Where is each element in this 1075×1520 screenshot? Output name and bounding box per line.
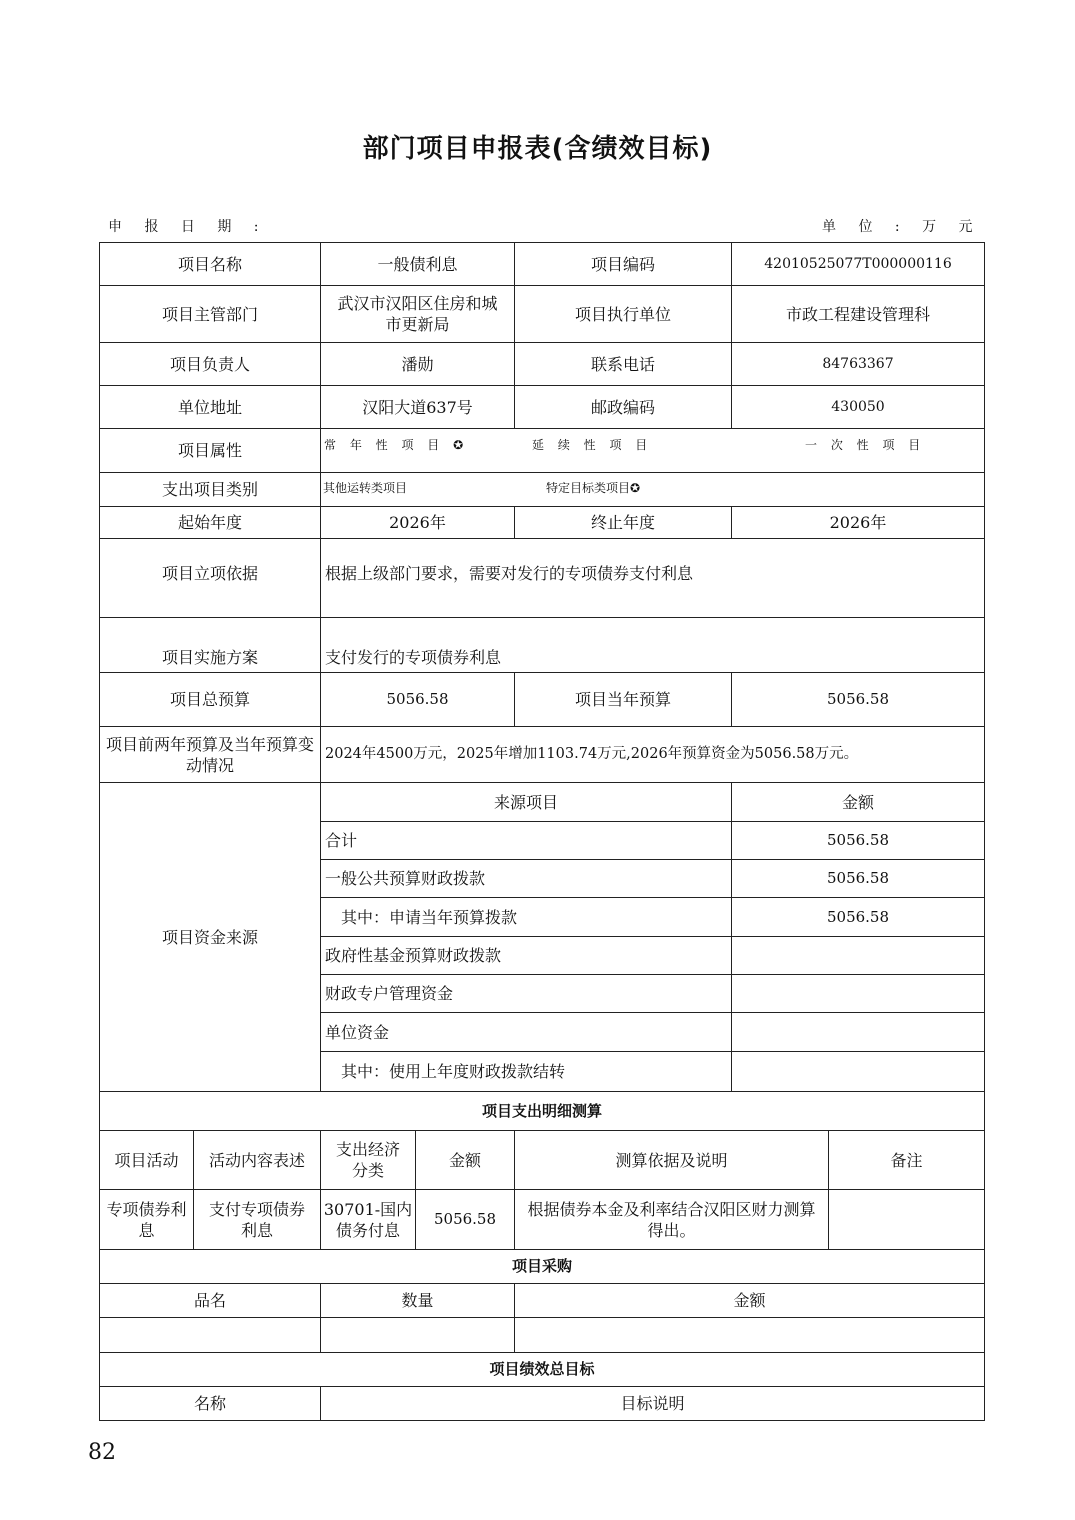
expense-cell-econ-class: 30701-国内债务付息 [320,1189,416,1250]
category-option-other: 其他运转类项目 [323,479,407,496]
expense-cell-amount: 5056.58 [415,1189,515,1250]
category-options [320,472,985,507]
address-label: 单位地址 [99,385,321,429]
change-value: 2024年4500万元，2025年增加1103.74万元,2026年预算资金为5… [320,726,985,783]
funding-amount-current-year: 5056.58 [731,897,985,937]
procurement-cell-amount [514,1317,985,1353]
funding-source-unit: 单位资金 [320,1012,732,1052]
expense-detail-title: 项目支出明细测算 [99,1091,985,1131]
expense-cell-basis: 根据债券本金及利率结合汉阳区财力测算得出。 [514,1189,829,1250]
plan-label: 项目实施方案 [99,617,321,673]
funding-amount-carryover [731,1051,985,1092]
exec-unit-label: 项目执行单位 [514,285,732,343]
dept-label: 项目主管部门 [99,285,321,343]
current-budget-value: 5056.58 [731,672,985,727]
expense-cell-activity: 专项债券利息 [99,1189,194,1250]
category-label: 支出项目类别 [99,472,321,507]
end-year-label: 终止年度 [514,506,732,539]
basis-value: 根据上级部门要求，需要对发行的专项债券支付利息 [320,538,985,618]
attribute-label: 项目属性 [99,428,321,473]
expense-cell-description: 支付专项债券利息 [193,1189,321,1250]
postcode-value: 430050 [731,385,985,429]
report-date-label: 申 报 日 期 : [108,216,268,236]
page-title: 部门项目申报表(含绩效目标) [0,128,1075,165]
attribute-option-recurring: 常 年 性 项 目 ✪ [324,436,468,453]
performance-title: 项目绩效总目标 [99,1352,985,1387]
end-year-value: 2026年 [731,506,985,539]
funding-amount-total: 5056.58 [731,821,985,860]
owner-label: 项目负责人 [99,342,321,386]
funding-amount-unit [731,1012,985,1052]
owner-value: 潘勋 [320,342,515,386]
attribute-option-continuing: 延 续 性 项 目 [532,436,652,453]
procurement-cell-item [99,1317,321,1353]
total-budget-value: 5056.58 [320,672,515,727]
phone-value: 84763367 [731,342,985,386]
funding-header-amount: 金额 [731,782,985,822]
performance-header-description: 目标说明 [320,1386,985,1421]
expense-header-basis: 测算依据及说明 [514,1130,829,1190]
project-code-label: 项目编码 [514,242,732,286]
expense-cell-remarks [828,1189,985,1250]
procurement-header-item: 品名 [99,1283,321,1318]
total-budget-label: 项目总预算 [99,672,321,727]
funding-source-gov-fund: 政府性基金预算财政拨款 [320,936,732,975]
funding-source-special-account: 财政专户管理资金 [320,974,732,1013]
project-name-label: 项目名称 [99,242,321,286]
funding-amount-special-account [731,974,985,1013]
page-number: 82 [88,1440,116,1465]
funding-source-general: 一般公共预算财政拨款 [320,859,732,898]
procurement-title: 项目采购 [99,1249,985,1284]
start-year-value: 2026年 [320,506,515,539]
funding-header-source: 来源项目 [320,782,732,822]
performance-header-name: 名称 [99,1386,321,1421]
project-code-value: 42010525077T000000116 [731,242,985,286]
plan-value: 支付发行的专项债券利息 [320,617,985,673]
project-name-value: 一般债利息 [320,242,515,286]
funding-amount-general: 5056.58 [731,859,985,898]
procurement-cell-quantity [320,1317,515,1353]
funding-source-carryover: 其中：使用上年度财政拨款结转 [320,1051,732,1092]
attribute-option-onetime: 一 次 性 项 目 [805,436,925,453]
exec-unit-value: 市政工程建设管理科 [731,285,985,343]
funding-amount-gov-fund [731,936,985,975]
procurement-header-amount: 金额 [514,1283,985,1318]
phone-label: 联系电话 [514,342,732,386]
unit-label: 单 位 : 万 元 [822,216,982,236]
category-option-specific: 特定目标类项目✪ [546,479,640,496]
current-budget-label: 项目当年预算 [514,672,732,727]
expense-header-remarks: 备注 [828,1130,985,1190]
funding-source-current-year: 其中：申请当年预算拨款 [320,897,732,937]
funding-label: 项目资金来源 [99,782,321,1092]
expense-header-amount: 金额 [415,1130,515,1190]
postcode-label: 邮政编码 [514,385,732,429]
expense-header-description: 活动内容表述 [193,1130,321,1190]
address-value: 汉阳大道637号 [320,385,515,429]
funding-source-total: 合计 [320,821,732,860]
basis-label: 项目立项依据 [99,538,321,618]
expense-header-econ-class: 支出经济分类 [320,1130,416,1190]
procurement-header-quantity: 数量 [320,1283,515,1318]
expense-header-activity: 项目活动 [99,1130,194,1190]
change-label: 项目前两年预算及当年预算变动情况 [99,726,321,783]
start-year-label: 起始年度 [99,506,321,539]
dept-value: 武汉市汉阳区住房和城市更新局 [320,285,515,343]
